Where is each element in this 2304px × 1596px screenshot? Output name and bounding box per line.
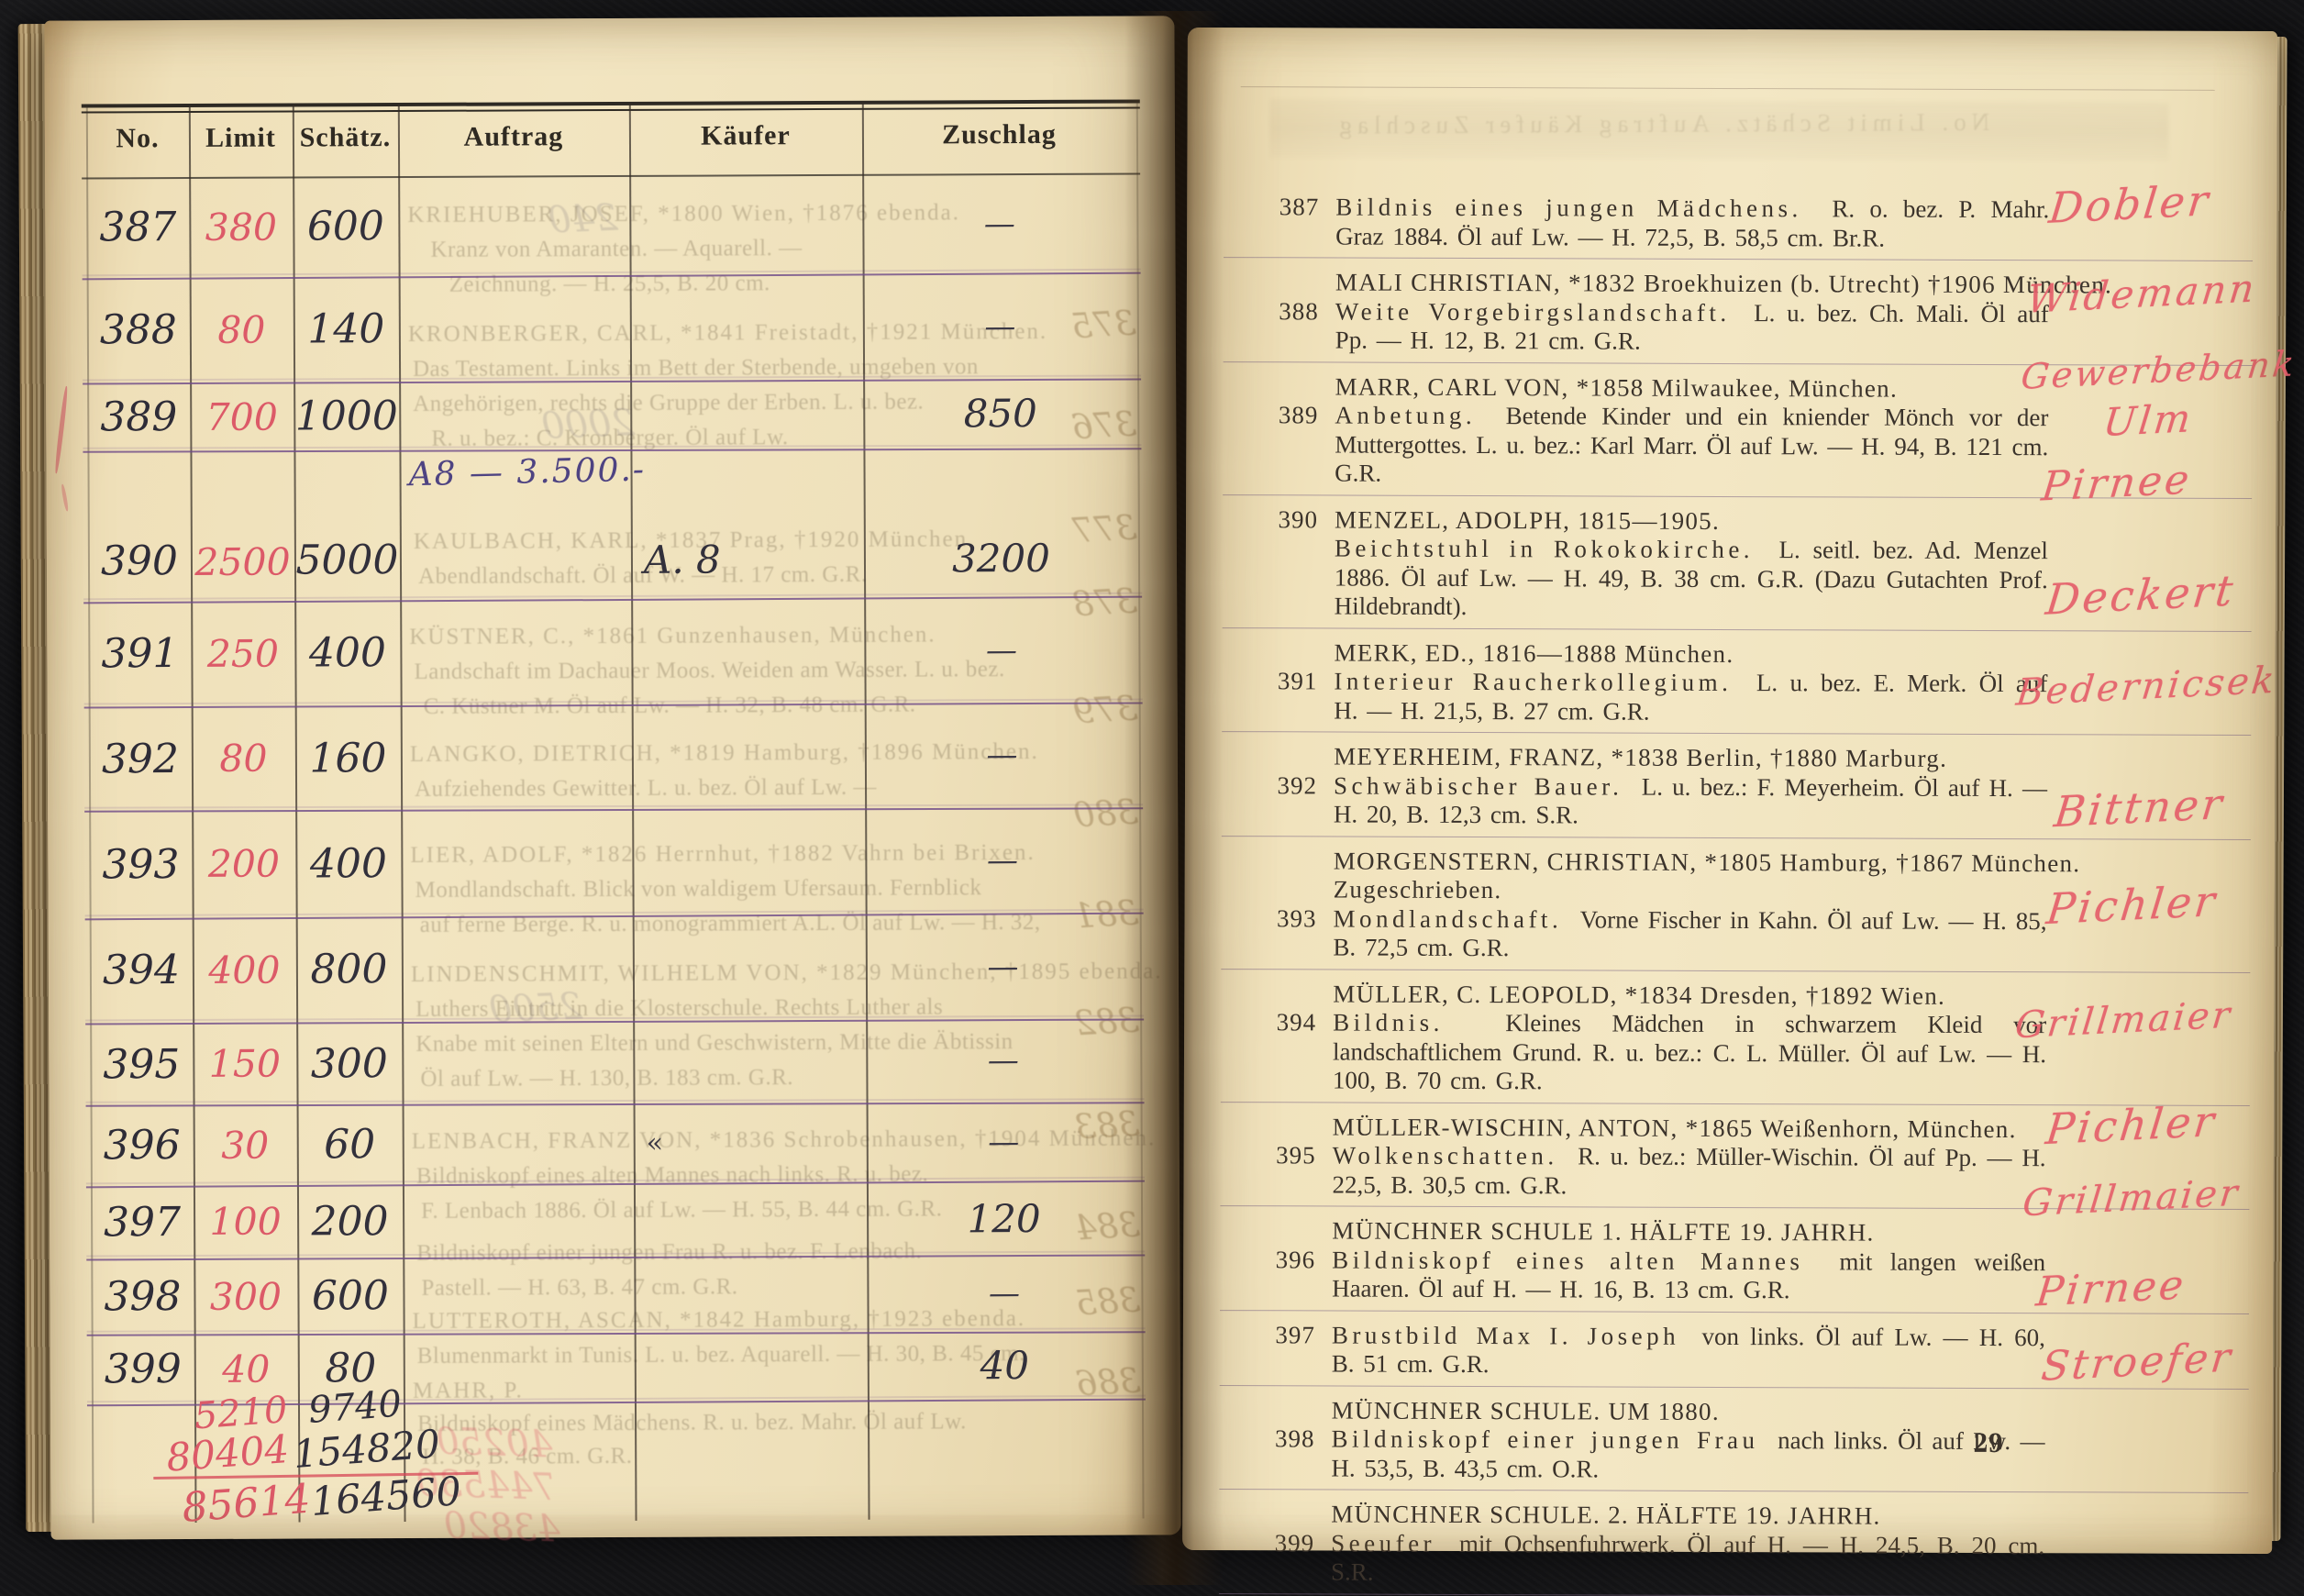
lot-description: Weite Vorgebirgslandschaft. L. u. bez. C…: [1335, 297, 2049, 358]
lot-description: Interieur Raucherkollegium. L. u. bez. E…: [1334, 667, 2047, 727]
lot-description: Brustbild Max I. Joseph von links. Öl au…: [1332, 1321, 2045, 1381]
table-column-lines: [44, 16, 1174, 20]
lot-description: Beichtstuhl in Rokokokirche. L. seitl. b…: [1335, 534, 2048, 623]
lot-description: Bildnis. Kleines Mädchen in schwarzem Kl…: [1333, 1008, 2046, 1097]
zuschlag-value: —: [988, 1042, 1019, 1079]
schatz-value: 200: [311, 1198, 388, 1245]
bleedthrough-text-layer: KRIEHUBER, JOSEF, *1800 Wien, †1876 eben…: [44, 16, 1174, 20]
table-column-headers: No.LimitSchätz.AuftragKäuferZuschlag: [44, 16, 1174, 20]
cell-auftrag: [399, 415, 630, 416]
limit-value: 100: [209, 1200, 281, 1244]
cell-kaufer: «: [634, 1126, 867, 1159]
zuschlag-value: —: [988, 1124, 1019, 1160]
lot-title: Bildniskopf eines alten Mannes: [1332, 1246, 1803, 1275]
cell-zuschlag: 850: [863, 390, 1137, 436]
buyer-name: Pichler: [2044, 876, 2221, 934]
lot-description: Bildniskopf einer jungen Frau nach links…: [1331, 1424, 2044, 1485]
catalog-entry: MÜNCHNER SCHULE. UM 1880.398Bildniskopf …: [1219, 1386, 2248, 1493]
zuschlag-value: —: [987, 948, 1018, 985]
cell-auftrag: [402, 968, 633, 969]
table-row: 391250400—: [88, 596, 1138, 706]
schatz-value: 60: [324, 1121, 375, 1168]
limit-value: 700: [206, 394, 278, 438]
cell-limit: 100: [194, 1200, 297, 1244]
column-header-0: No.: [86, 123, 189, 154]
schatz-value: 400: [310, 840, 387, 887]
schatz-value: 5000: [295, 537, 398, 583]
zuschlag-value: 3200: [952, 536, 1050, 581]
buyer-name: Dobler: [2046, 175, 2213, 233]
lot-number: 396: [1257, 1246, 1315, 1274]
cell-zuschlag: 120: [867, 1195, 1141, 1241]
schatz-value: 400: [309, 629, 386, 676]
cell-limit: 400: [193, 948, 296, 992]
cell-limit: 30: [194, 1123, 297, 1167]
artist-header: MORGENSTERN, CHRISTIAN, *1805 Hamburg, †…: [1334, 847, 2251, 879]
buyer-name: Pichler: [2044, 1096, 2220, 1154]
cell-auftrag: [399, 327, 630, 328]
cell-kaufer: [635, 1366, 868, 1367]
cell-auftrag: [401, 757, 632, 758]
limit-value: 2500: [194, 540, 291, 584]
no-value: 396: [104, 1122, 181, 1169]
lot-title: Bildnis.: [1333, 1008, 1444, 1036]
cell-limit: 80: [192, 737, 295, 781]
limit-value: 80: [219, 737, 267, 781]
lot-description: Bildnis eines jungen Mädchens. R. o. bez…: [1335, 193, 2049, 253]
cell-no: 390: [88, 538, 191, 584]
limit-value: 30: [221, 1123, 269, 1167]
ledger-left-page: KRIEHUBER, JOSEF, *1800 Wien, †1876 eben…: [44, 16, 1180, 1539]
schatz-value: 300: [311, 1040, 388, 1087]
artist-header: MEYERHEIM, FRANZ, *1838 Berlin, †1880 Ma…: [1334, 742, 2251, 774]
limit-value: 40: [222, 1347, 270, 1391]
kaufer-value: «: [647, 1127, 664, 1159]
table-top-rule-thin: [82, 106, 1140, 113]
cell-zuschlag: 3200: [864, 535, 1138, 581]
schatz-value: 800: [310, 946, 387, 992]
cell-no: 392: [89, 736, 192, 782]
cell-zuschlag: —: [864, 631, 1138, 669]
column-header-3: Auftrag: [398, 121, 629, 153]
lot-title: Interieur Raucherkollegium.: [1334, 667, 1732, 696]
cell-no: 399: [92, 1346, 194, 1392]
buyer-name: Ulm: [2101, 395, 2196, 445]
buyer-name: Pirnee: [2033, 1261, 2188, 1315]
zuschlag-value: 40: [980, 1343, 1029, 1388]
table-row: 38880140—: [87, 273, 1137, 383]
schatz-value: 600: [312, 1272, 389, 1319]
zuschlag-value: —: [984, 308, 1015, 345]
cell-kaufer: A. 8: [631, 537, 864, 582]
lot-title: Mondlandschaft.: [1333, 904, 1562, 933]
no-value: 388: [100, 306, 177, 353]
table-row: 3963060«—: [91, 1101, 1141, 1185]
red-margin-mark: [54, 386, 69, 474]
artist-header: MERK, ED., 1816—1888 München.: [1334, 638, 2251, 671]
cell-auftrag: [398, 225, 629, 226]
kaufer-value: A. 8: [644, 537, 721, 582]
bleedthrough-header-echo: No. Limit Schätz. Auftrag Käufer Zuschla…: [1334, 108, 1989, 140]
no-value: 391: [101, 630, 178, 677]
cell-limit: 80: [190, 307, 294, 351]
cell-schatz: 160: [295, 735, 401, 782]
cell-zuschlag: —: [863, 307, 1137, 345]
lot-number: 392: [1258, 771, 1317, 800]
cell-schatz: 600: [297, 1272, 403, 1320]
lot-title: Anbetung.: [1335, 401, 1476, 429]
cell-schatz: 5000: [294, 537, 400, 584]
cell-limit: 40: [194, 1347, 298, 1391]
page-number: 29: [1973, 1426, 2046, 1459]
schatz-value: 1000: [295, 393, 398, 439]
table-totals: 521097408040415482085614164560: [44, 16, 1174, 20]
lot-number: 394: [1257, 1008, 1316, 1036]
cell-limit: 200: [192, 842, 295, 886]
no-value: 389: [100, 393, 177, 440]
table-top-rule-thick: [82, 99, 1140, 107]
zuschlag-value: —: [989, 1275, 1020, 1312]
cell-auftrag: [404, 1367, 635, 1368]
no-value: 397: [104, 1199, 181, 1246]
zuschlag-value: —: [986, 737, 1017, 773]
cell-limit: 300: [194, 1274, 297, 1318]
catalog-entry: MÜNCHNER SCHULE. 2. HÄLFTE 19. JAHRH.399…: [1219, 1490, 2248, 1596]
cell-no: 397: [91, 1198, 194, 1245]
table-row: 39280160—: [89, 702, 1139, 811]
cell-schatz: 1000: [294, 393, 399, 440]
no-value: 398: [104, 1273, 181, 1320]
cell-auftrag: [401, 862, 632, 863]
cell-no: 395: [90, 1041, 193, 1088]
total-limit_total: 85614: [167, 1475, 326, 1533]
lot-number: 391: [1258, 667, 1317, 695]
cell-limit: 380: [189, 205, 293, 249]
limit-value: 150: [209, 1042, 281, 1086]
artist-header: MÜNCHNER SCHULE 1. HÄLFTE 19. JAHRH.: [1332, 1216, 2249, 1248]
cell-limit: 150: [193, 1042, 296, 1086]
cell-auftrag: [403, 1294, 634, 1295]
no-value: 387: [99, 204, 176, 250]
cell-schatz: 400: [295, 840, 401, 888]
lot-title: Brustbild Max I. Joseph: [1332, 1321, 1679, 1349]
cell-no: 398: [91, 1273, 194, 1320]
table-row: 397100200120: [91, 1180, 1141, 1258]
cell-no: 388: [87, 306, 190, 353]
lot-number: 395: [1257, 1141, 1316, 1169]
zuschlag-value: 120: [967, 1195, 1040, 1240]
limit-value: 380: [205, 205, 277, 249]
limit-value: 80: [217, 307, 265, 351]
cell-zuschlag: —: [865, 841, 1139, 879]
cell-schatz: 200: [297, 1198, 403, 1246]
cell-schatz: 800: [296, 946, 402, 993]
lot-title: Wolkenschatten.: [1333, 1141, 1558, 1169]
table-row: 393200400—: [89, 806, 1139, 917]
buyer-name: Stroefer: [2039, 1334, 2235, 1391]
buyer-name: Pirnee: [2039, 456, 2194, 510]
zuschlag-value: —: [984, 205, 1015, 242]
book-scan: KRIEHUBER, JOSEF, *1800 Wien, †1876 eben…: [0, 0, 2304, 1596]
table-row: 387380600—: [86, 173, 1136, 278]
red-margin-mark-small: [61, 483, 69, 511]
cell-no: 396: [91, 1122, 194, 1169]
cell-limit: 250: [191, 631, 294, 675]
cell-kaufer: [633, 967, 866, 968]
cell-no: 389: [87, 393, 190, 440]
no-value: 393: [102, 841, 179, 888]
page-top-rule: [1241, 86, 2215, 91]
cell-zuschlag: —: [866, 948, 1140, 985]
cell-zuschlag: —: [862, 205, 1136, 242]
lot-title: Beichtstuhl in Rokokokirche.: [1335, 534, 1754, 563]
cell-kaufer: [630, 414, 863, 415]
lot-title: Seeufer: [1331, 1529, 1435, 1557]
buyer-name: Bittner: [2052, 779, 2227, 837]
lot-number: 393: [1257, 904, 1316, 933]
cell-schatz: 600: [293, 203, 398, 250]
cell-schatz: 60: [297, 1121, 403, 1169]
schatz-value: 600: [307, 203, 384, 249]
no-value: 394: [103, 947, 180, 993]
catalog-right-page: No. Limit Schätz. Auftrag Käufer Zuschla…: [1182, 28, 2277, 1554]
bleedthrough-red-number: 40250: [435, 1421, 553, 1467]
cell-no: 394: [90, 947, 193, 993]
artist-header: MÜNCHNER SCHULE. 2. HÄLFTE 19. JAHRH.: [1331, 1500, 2248, 1532]
lot-description: Anbetung. Betende Kinder und ein kniende…: [1335, 401, 2048, 490]
lot-number: 388: [1260, 297, 1319, 326]
lot-title: Bildnis eines jungen Mädchens.: [1335, 193, 1802, 222]
cell-zuschlag: —: [866, 1041, 1140, 1079]
cell-zuschlag: 40: [868, 1342, 1142, 1388]
zuschlag-value: 850: [964, 391, 1037, 436]
lot-description: Mondlandschaft. Vorne Fischer in Kahn. Ö…: [1333, 904, 2046, 965]
lot-number: 397: [1257, 1321, 1315, 1349]
lot-number: 398: [1256, 1424, 1314, 1453]
limit-value: 300: [210, 1274, 282, 1318]
cell-kaufer: [634, 1293, 867, 1294]
lot-description: Schwäbischer Bauer. L. u. bez.: F. Meyer…: [1334, 771, 2047, 832]
lot-title: Schwäbischer Bauer.: [1334, 771, 1623, 800]
zuschlag-value: —: [987, 842, 1018, 879]
cell-kaufer: [630, 327, 863, 327]
total-limit_carry: 80404: [158, 1425, 298, 1480]
lot-title: Bildniskopf einer jungen Frau: [1331, 1424, 1758, 1454]
artist-header: MENZEL, ADOLPH, 1815—1905.: [1335, 505, 2252, 538]
no-value: 399: [105, 1346, 182, 1392]
cell-zuschlag: —: [865, 736, 1139, 773]
buyer-name: Deckert: [2044, 565, 2238, 624]
no-value: 395: [103, 1041, 180, 1088]
cell-auftrag: [400, 582, 631, 583]
lot-number: 387: [1260, 193, 1319, 221]
cell-schatz: 400: [294, 629, 400, 677]
column-header-5: Zuschlag: [862, 119, 1136, 151]
cell-auftrag: [402, 1062, 633, 1063]
cell-no: 387: [86, 204, 189, 250]
auftrag-note-390: A8 — 3.500.-: [408, 451, 646, 494]
lot-number: 389: [1259, 401, 1318, 429]
cell-auftrag: [403, 1143, 634, 1144]
cell-kaufer: [632, 756, 865, 757]
limit-value: 200: [208, 842, 280, 886]
cell-limit: 700: [190, 394, 294, 438]
cell-kaufer: [631, 650, 864, 651]
cell-limit: 2500: [191, 540, 294, 584]
table-rows: 387380600—38880140—389700100085039025005…: [44, 16, 1174, 20]
lot-description: Bildniskopf eines alten Mannes mit lange…: [1332, 1246, 2045, 1306]
cell-kaufer: [634, 1219, 867, 1220]
lot-title: Weite Vorgebirgslandschaft.: [1335, 297, 1731, 327]
schatz-value: 140: [307, 305, 384, 352]
cell-kaufer: [632, 861, 865, 862]
cell-kaufer: [633, 1061, 866, 1062]
cell-auftrag: [400, 651, 631, 652]
column-header-1: Limit: [189, 123, 293, 154]
lot-number: 390: [1259, 505, 1318, 534]
cell-schatz: 140: [294, 305, 399, 353]
table-row: 395150300—: [90, 1018, 1140, 1105]
lot-details: mit Ochsenfuhrwerk. Öl auf H. — H. 24,5,…: [1331, 1529, 2044, 1585]
buyer-annotations: DoblerWidemannGewerbebankUlmPirneeDecker…: [1188, 28, 2277, 31]
lot-description: Wolkenschatten. R. u. bez.: Müller-Wisch…: [1332, 1141, 2045, 1202]
lot-number: 399: [1256, 1529, 1314, 1557]
no-value: 392: [102, 736, 179, 782]
limit-value: 250: [207, 631, 279, 675]
schatz-value: 160: [309, 735, 386, 781]
cell-no: 393: [89, 841, 192, 888]
limit-value: 400: [208, 948, 280, 992]
table-row: 39025005000A. 83200A8 — 3.500.-: [87, 447, 1138, 601]
cell-schatz: 300: [296, 1040, 402, 1088]
table-row: 3897001000850: [87, 378, 1137, 451]
zuschlag-value: —: [986, 632, 1017, 669]
cell-auftrag: [403, 1220, 634, 1221]
cell-zuschlag: —: [867, 1123, 1141, 1160]
cell-zuschlag: —: [867, 1274, 1141, 1312]
no-value: 390: [101, 538, 178, 584]
artist-header: MÜNCHNER SCHULE. UM 1880.: [1332, 1396, 2249, 1428]
column-header-4: Käufer: [629, 120, 862, 152]
table-row: 394400800—: [90, 913, 1140, 1023]
cell-no: 391: [88, 630, 191, 677]
column-header-2: Schätz.: [293, 122, 398, 154]
cell-kaufer: [629, 224, 862, 225]
lot-description: Seeufer mit Ochsenfuhrwerk. Öl auf H. — …: [1331, 1529, 2044, 1590]
table-row: 398300600—: [91, 1254, 1141, 1335]
